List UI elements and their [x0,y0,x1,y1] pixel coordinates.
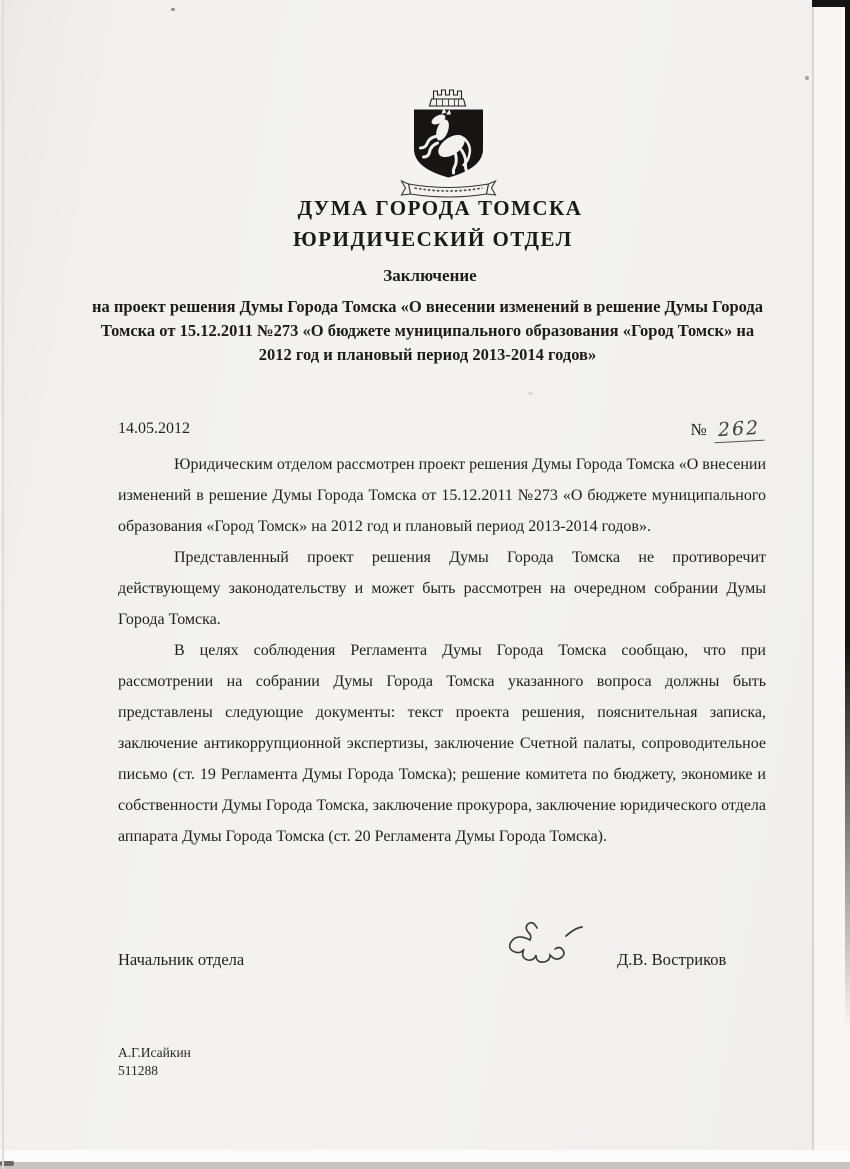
document-scan: ДУМА ГОРОДА ТОМСКА ЮРИДИЧЕСКИЙ ОТДЕЛ Зак… [0,0,850,1169]
handwritten-signature [490,916,590,971]
document-body: Юридическим отделом рассмотрен проект ре… [118,449,766,852]
executor-name: А.Г.Исайкин [118,1044,191,1062]
tomsk-coat-of-arms-icon [400,86,501,198]
paragraph: Представленный проект решения Думы Город… [118,542,766,635]
number-sign: № [691,420,707,439]
requisites-line: 14.05.2012 №262 [118,418,766,448]
scan-speck [171,8,175,11]
signer-name: Д.В. Востриков [617,950,726,970]
scan-bottom-strip [0,1162,850,1169]
paragraph: Юридическим отделом рассмотрен проект ре… [118,449,766,542]
scan-speck [805,76,809,80]
executor-block: А.Г.Исайкин 511288 [118,1044,191,1080]
scan-left-edge-line [2,0,4,1169]
signature-block: Начальник отдела Д.В. Востриков [118,946,766,986]
scan-bottom-edge-band [0,1150,850,1162]
department-name: ЮРИДИЧЕСКИЙ ОТДЕЛ [283,227,583,252]
signer-position: Начальник отдела [118,950,244,970]
scan-top-right-shadow [812,0,850,7]
document-subject: на проект решения Думы Города Томска «О … [85,295,770,367]
executor-phone: 511288 [118,1062,191,1080]
document-type-title: Заключение [280,266,580,286]
scan-speck [528,392,533,395]
handwritten-number: 262 [713,417,764,444]
paragraph: В целях соблюдения Регламента Думы Город… [118,635,766,852]
org-name: ДУМА ГОРОДА ТОМСКА [290,196,590,221]
scan-right-edge-shadow [845,0,850,1169]
document-number: №262 [691,418,765,442]
document-date: 14.05.2012 [118,420,190,438]
